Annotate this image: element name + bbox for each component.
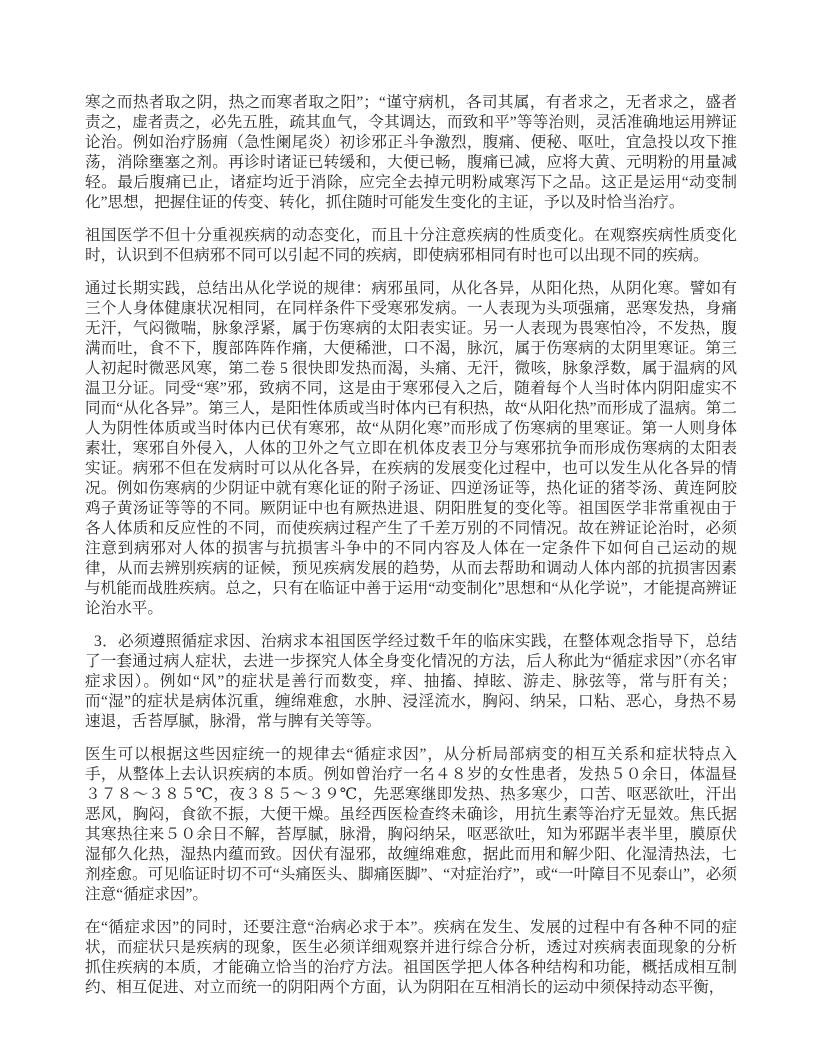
paragraph-treatment-principles: 寒之而热者取之阴，热之而寒者取之阳”；“谨守病机，各司其属，有者求之，无者求之，… (85, 93, 737, 213)
paragraph-case-example: 医生可以根据这些因症统一的规律去“循症求因”，从分析局部病变的相互关系和症状特点… (85, 745, 737, 905)
paragraph-treating-root: 在“循症求因”的同时，还要注意“治病必求于本”。疾病在发生、发展的过程中有各种不… (85, 918, 737, 998)
paragraph-disease-nature-change: 祖国医学不但十分重视疾病的动态变化，而且十分注意疾病的性质变化。在观察疾病性质变… (85, 226, 737, 266)
paragraph-conghua-theory: 通过长期实践，总结出从化学说的规律：病邪虽同，从化各异，从阳化热，从阴化寒。譬如… (85, 279, 737, 619)
document-page: 寒之而热者取之阴，热之而寒者取之阳”；“谨守病机，各司其属，有者求之，无者求之，… (0, 0, 816, 1056)
text-block: 寒之而热者取之阴，热之而寒者取之阳”；“谨守病机，各司其属，有者求之，无者求之，… (85, 93, 737, 1011)
paragraph-section3-xunzheng-qiuyin: 3．必须遵照循症求因、治病求本祖国医学经过数千年的临床实践，在整体观念指导下，总… (85, 632, 737, 732)
